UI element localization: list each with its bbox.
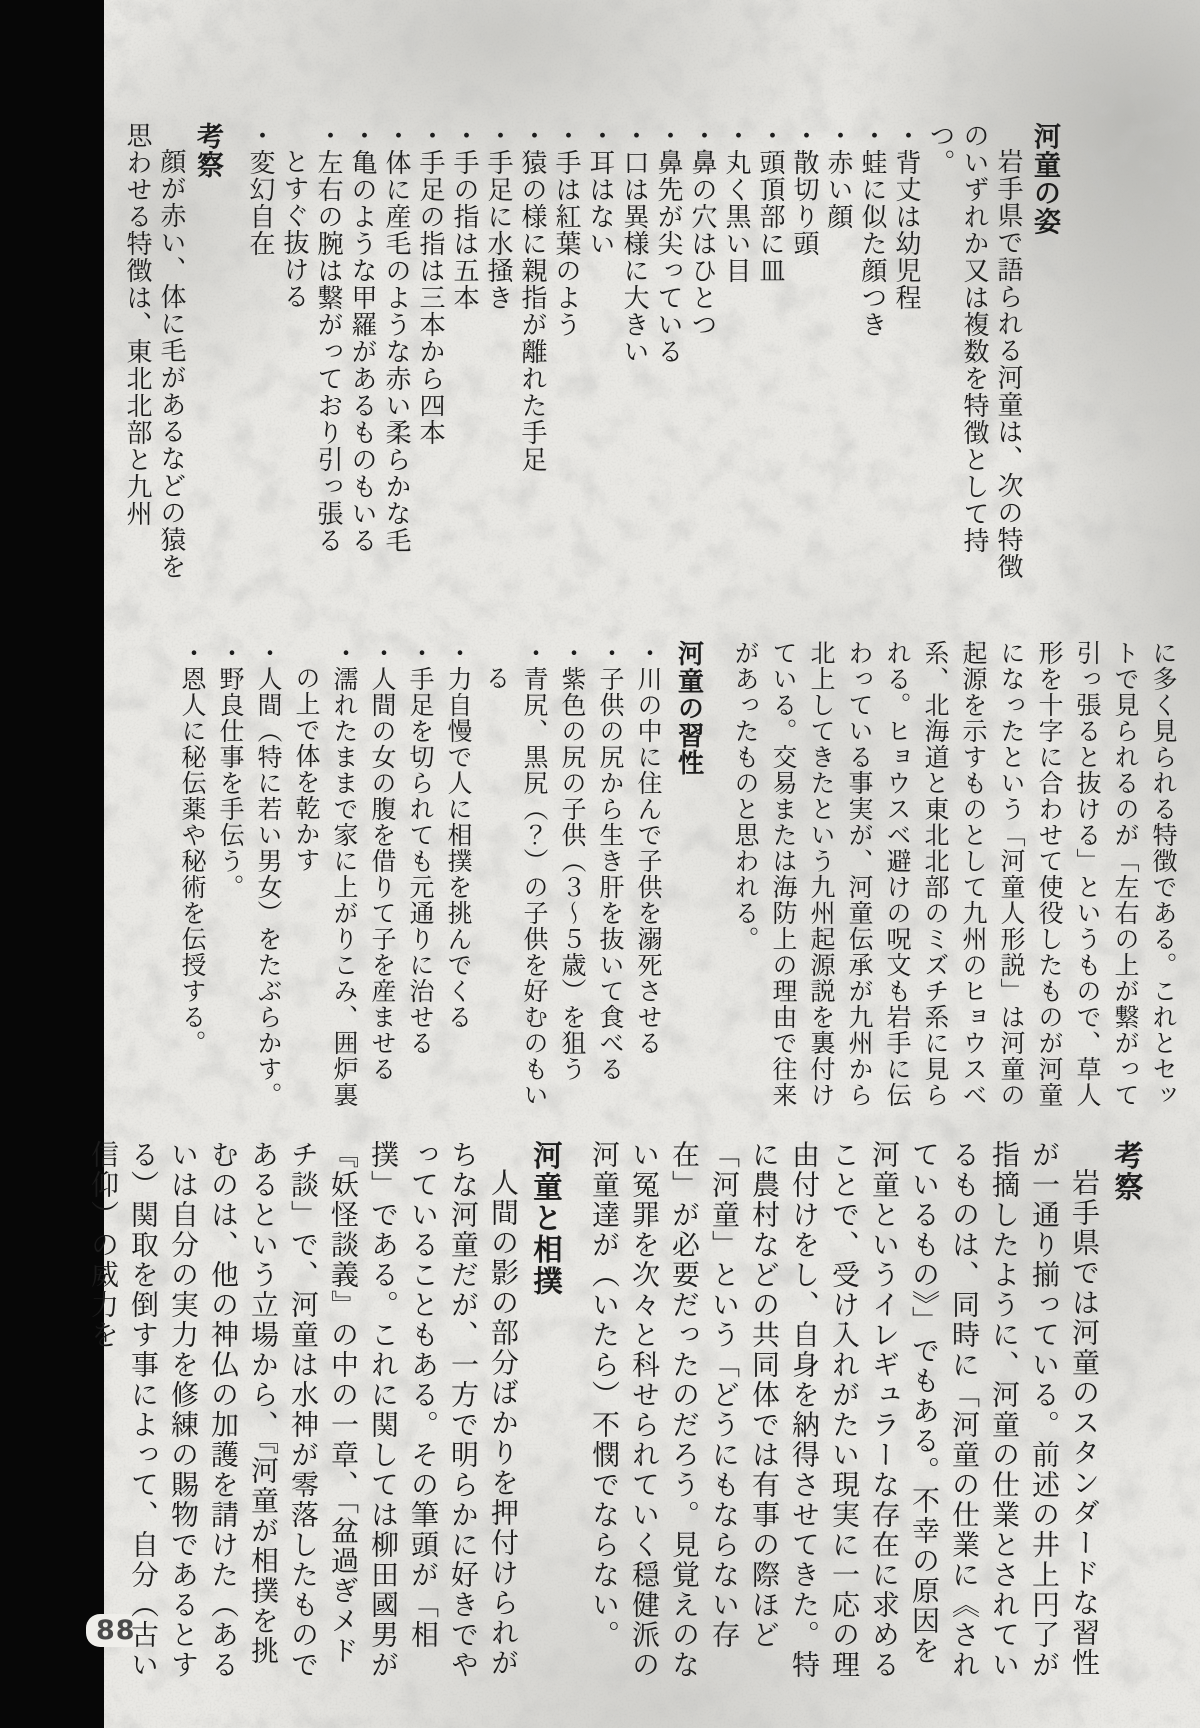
list-item: ・赤い顔 xyxy=(821,122,855,580)
list-item: ・青尻、黒尻（？）の子供を好むのもいる xyxy=(476,640,552,1112)
heading-kappa-shuusei: 河童の習性 xyxy=(669,640,707,1112)
list-item: ・子供の尻から生き肝を抜いて食べる xyxy=(590,640,628,1112)
list-item: ・濡れたままで家に上がりこみ、囲炉裏の上で体を乾かす xyxy=(286,640,362,1112)
section-kappa-appearance: 河童の姿 岩手県で語られる河童は、次の特徴のいずれか又は複数を特徴として持つ。 … xyxy=(120,122,1062,580)
list-item: ・手足に水掻き xyxy=(481,122,515,580)
scanned-book-page: 88 河童の姿 岩手県で語られる河童は、次の特徴のいずれか又は複数を特徴として持… xyxy=(0,0,1200,1728)
heading-kappa-sumo: 河童と相撲 xyxy=(525,1140,565,1692)
sugata-intro-paragraph: 岩手県で語られる河童は、次の特徴のいずれか又は複数を特徴として持つ。 xyxy=(923,122,1025,580)
list-item: ・亀のような甲羅があるものもいる xyxy=(345,122,379,580)
list-item: ・手は紅葉のよう xyxy=(549,122,583,580)
list-item: ・力自慢で人に相撲を挑んでくる xyxy=(438,640,476,1112)
list-item: ・耳はない xyxy=(583,122,617,580)
list-item: ・恩人に秘伝薬や秘術を伝授する。 xyxy=(172,640,210,1112)
list-item: ・丸く黒い目 xyxy=(719,122,753,580)
list-item: ・散切り頭 xyxy=(787,122,821,580)
list-item: ・手足の指は三本から四本 xyxy=(413,122,447,580)
kousatsu1-paragraph-part1: 顔が赤い、体に毛があるなどの猿を思わせる特徴は、東北北部と九州 xyxy=(120,122,188,580)
list-item: ・左右の腕は繋がっており引っ張るとすぐ抜ける xyxy=(277,122,345,580)
section-kousatsu-and-sumo: 考察 岩手県では河童のスタンダードな習性が一通り揃っている。前述の井上円了が指摘… xyxy=(110,1140,1146,1692)
habits-bullet-list: ・川の中に住んで子供を溺死させる・子供の尻から生き肝を抜いて食べる・紫色の尻の子… xyxy=(172,640,666,1112)
heading-kappa-sugata: 河童の姿 xyxy=(1028,122,1062,580)
list-item: ・紫色の尻の子供（３～５歳）を狙う xyxy=(552,640,590,1112)
list-item: ・変幻自在 xyxy=(243,122,277,580)
list-item: ・人間の女の腹を借りて子を産ませる xyxy=(362,640,400,1112)
list-item: ・野良仕事を手伝う。 xyxy=(210,640,248,1112)
list-item: ・蛙に似た顔つき xyxy=(855,122,889,580)
list-item: ・頭頂部に皿 xyxy=(753,122,787,580)
list-item: ・背丈は幼児程 xyxy=(889,122,923,580)
list-item: ・猿の様に親指が離れた手足 xyxy=(515,122,549,580)
sumo-paragraph: 人間の影の部分ばかりを押付けられがちな河童だが、一方で明らかに好きでやっているこ… xyxy=(82,1140,522,1692)
heading-kousatsu-2: 考察 xyxy=(1106,1140,1146,1692)
heading-kousatsu-1: 考察 xyxy=(191,122,225,580)
list-item: ・口は異様に大きい xyxy=(617,122,651,580)
appearance-bullet-list: ・背丈は幼児程・蛙に似た顔つき・赤い顔・散切り頭・頭頂部に皿・丸く黒い目・鼻の穴… xyxy=(243,122,923,580)
list-item: ・手足を切られても元通りに治せる xyxy=(400,640,438,1112)
list-item: ・鼻先が尖っている xyxy=(651,122,685,580)
list-item: ・体に産毛のような赤い柔らかな毛 xyxy=(379,122,413,580)
kousatsu1-paragraph-part2: に多く見られる特徴である。これとセットで見られるのが「左右の上が繋がって引っ張る… xyxy=(725,640,1181,1112)
list-item: ・川の中に住んで子供を溺死させる xyxy=(628,640,666,1112)
list-item: ・手の指は五本 xyxy=(447,122,481,580)
list-item: ・人間（特に若い男女）をたぶらかす。 xyxy=(248,640,286,1112)
list-item: ・鼻の穴はひとつ xyxy=(685,122,719,580)
kousatsu2-paragraph: 岩手県では河童のスタンダードな習性が一通り揃っている。前述の井上円了が指摘したよ… xyxy=(583,1140,1103,1692)
section-kappa-habits: に多く見られる特徴である。これとセットで見られるのが「左右の上が繋がって引っ張る… xyxy=(115,640,1181,1112)
